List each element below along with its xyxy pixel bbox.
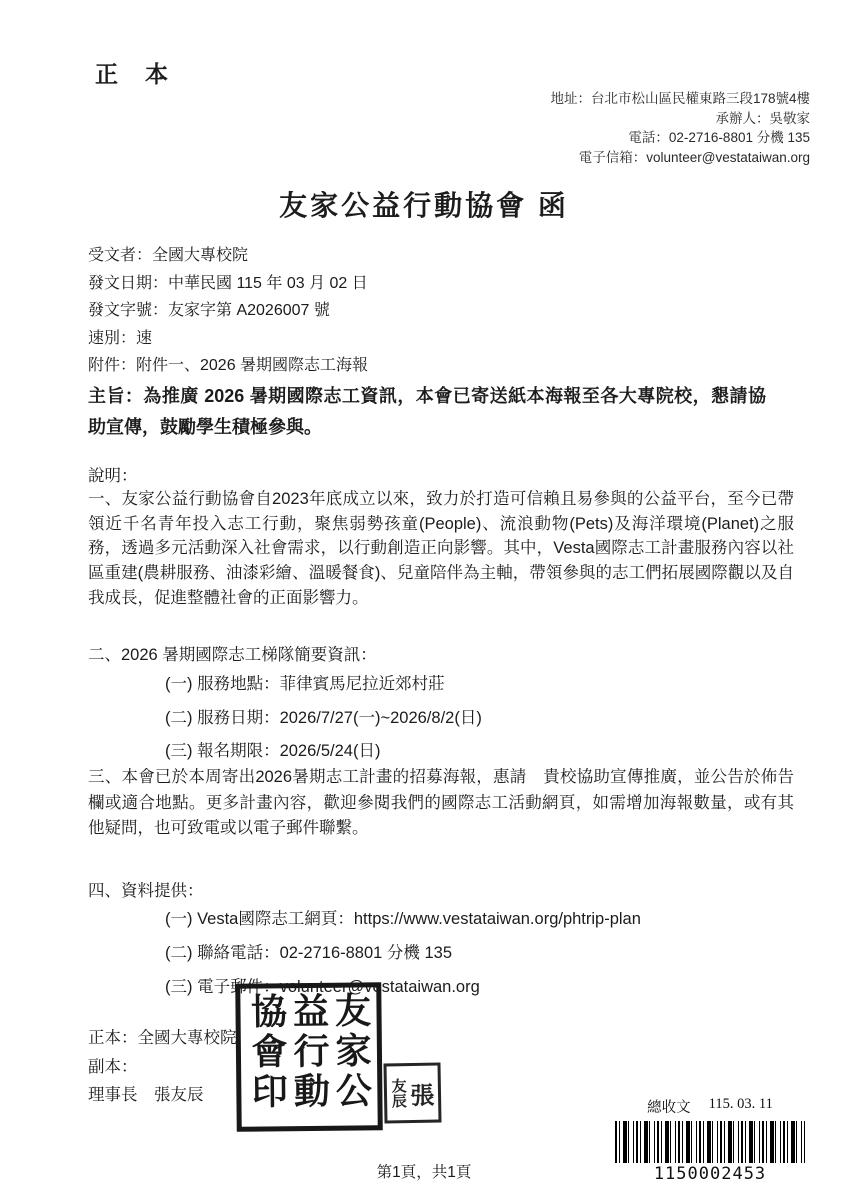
meta-priority: 速別：速 (88, 325, 368, 353)
received-stamp-date: 115. 03. 11 (709, 1096, 773, 1117)
explanation-item-3: 三、本會已於本周寄出2026暑期志工計畫的招募海報，惠請 貴校協助宣傳推廣，並公… (88, 765, 794, 842)
item2-sub-dates: (二) 服務日期：2026/7/27(一)~2026/8/2(日) (165, 702, 482, 736)
org-seal-column-3: 協會印 (246, 992, 287, 1122)
chairman-signature-line: 理事長 張友辰 (88, 1081, 237, 1110)
item4-sub-website: (一) Vesta國際志工網頁：https://www.vestataiwan.… (165, 902, 641, 936)
received-stamp-line: 總收文 115. 03. 11 (612, 1096, 808, 1117)
subject-paragraph: 主旨：為推廣 2026 暑期國際志工資訊，本會已寄送紙本海報至各大專院校，懇請協… (88, 381, 766, 443)
org-seal-column-2: 益行動 (288, 992, 329, 1122)
sender-contact-person: 承辦人：吳敬家 (550, 109, 810, 129)
item2-sub-deadline: (三) 報名期限：2026/5/24(日) (165, 735, 482, 769)
sender-contact-block: 地址：台北市松山區民權東路三段178號4樓 承辦人：吳敬家 電話：02-2716… (550, 89, 810, 167)
distribution-block: 正本：全國大專校院 副本： 理事長 張友辰 (88, 1024, 237, 1110)
meta-attachment: 附件：附件一、2026 暑期國際志工海報 (88, 352, 368, 380)
explanation-item-2-heading: 二、2026 暑期國際志工梯隊簡要資訊： (88, 641, 377, 665)
chairman-name-seal-stamp: 張 友辰 (383, 1063, 441, 1124)
explanation-label: 說明： (88, 462, 138, 486)
distribution-copy: 副本： (88, 1053, 237, 1082)
explanation-item-2-sublist: (一) 服務地點：菲律賓馬尼拉近郊村莊 (二) 服務日期：2026/7/27(一… (165, 668, 482, 769)
org-seal-column-1: 友家公 (330, 991, 371, 1121)
name-seal-surname: 張 (410, 1075, 435, 1110)
name-seal-given-name: 友辰 (390, 1078, 407, 1108)
sender-address: 地址：台北市松山區民權東路三段178號4樓 (550, 89, 810, 109)
explanation-item-4-heading: 四、資料提供： (88, 877, 204, 901)
sender-email: 電子信箱：volunteer@vestataiwan.org (550, 148, 810, 168)
document-title: 友家公益行動協會 函 (0, 184, 848, 224)
document-meta-block: 受文者：全國大專校院 發文日期：中華民國 115 年 03 月 02 日 發文字… (88, 242, 368, 380)
meta-issue-date: 發文日期：中華民國 115 年 03 月 02 日 (88, 270, 368, 298)
official-letter-page: 正 本 地址：台北市松山區民權東路三段178號4樓 承辦人：吳敬家 電話：02-… (0, 0, 848, 1200)
sender-phone: 電話：02-2716-8801 分機 135 (550, 128, 810, 148)
copy-type-label: 正 本 (95, 56, 170, 89)
meta-recipient: 受文者：全國大專校院 (88, 242, 368, 270)
distribution-original: 正本：全國大專校院 (88, 1024, 237, 1053)
page-number-footer: 第1頁，共1頁 (0, 1160, 848, 1182)
item4-sub-phone: (二) 聯絡電話：02-2716-8801 分機 135 (165, 936, 641, 970)
explanation-item-1: 一、友家公益行動協會自2023年底成立以來，致力於打造可信賴且易參與的公益平台，… (88, 487, 794, 611)
organization-seal-stamp: 友家公 益行動 協會印 (235, 982, 383, 1132)
received-barcode (615, 1121, 805, 1163)
item2-sub-location: (一) 服務地點：菲律賓馬尼拉近郊村莊 (165, 668, 482, 702)
received-stamp-label: 總收文 (647, 1096, 691, 1117)
meta-doc-number: 發文字號：友家字第 A2026007 號 (88, 297, 368, 325)
